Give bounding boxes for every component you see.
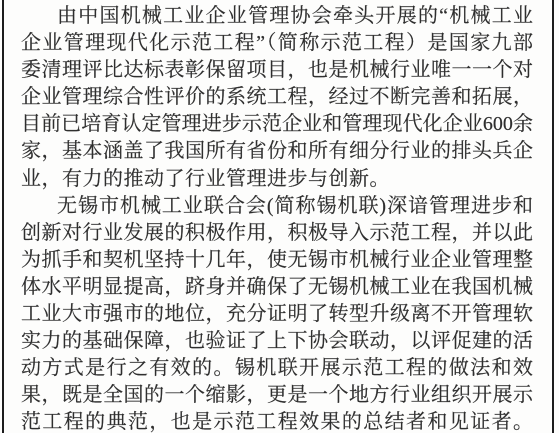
text-line: 体水平明显提高，跻身并确保了无锡机械工业在我国机械 — [21, 274, 533, 301]
text-line: 创新对行业发展的积极作用，积极导入示范工程，并以此 — [21, 220, 533, 247]
text-line: 范工程的典范，也是示范工程效果的总结者和见证者。 — [21, 409, 533, 433]
text-line: 为抓手和契机坚持十几年，使无锡市机械行业企业管理整 — [21, 247, 533, 274]
text-line: 无锡市机械工业联合会(简称锡机联)深谙管理进步和 — [21, 193, 533, 220]
text-line: 委清理评比达标表彰保留项目，也是机械行业唯一一个对 — [21, 57, 533, 84]
scanned-document-page: 由中国机械工业企业管理协会牵头开展的“机械工业 企业管理现代化示范工程”（简称示… — [0, 0, 559, 433]
text-line: 企业管理综合性评价的系统工程，经过不断完善和拓展， — [21, 84, 533, 111]
text-line: 企业管理现代化示范工程”（简称示范工程）是国家九部 — [21, 30, 533, 57]
text-line: 目前已培育认定管理进步示范企业和管理现代化企业600余 — [21, 111, 533, 138]
text-line: 家，基本涵盖了我国所有省份和所有细分行业的排头兵企 — [21, 138, 533, 165]
right-border-rule — [552, 0, 554, 433]
text-line: 工业大市强市的地位，充分证明了转型升级离不开管理软 — [21, 301, 533, 328]
left-border-rule — [2, 0, 4, 433]
document-text: 由中国机械工业企业管理协会牵头开展的“机械工业 企业管理现代化示范工程”（简称示… — [21, 3, 533, 433]
text-line: 果，既是全国的一个缩影，更是一个地方行业组织开展示 — [21, 382, 533, 409]
text-line: 业，有力的推动了行业管理进步与创新。 — [21, 166, 533, 193]
text-line: 由中国机械工业企业管理协会牵头开展的“机械工业 — [21, 3, 533, 30]
text-line: 动方式是行之有效的。锡机联开展示范工程的做法和效 — [21, 355, 533, 382]
text-line: 实力的基础保障，也验证了上下协会联动，以评促建的活 — [21, 328, 533, 355]
